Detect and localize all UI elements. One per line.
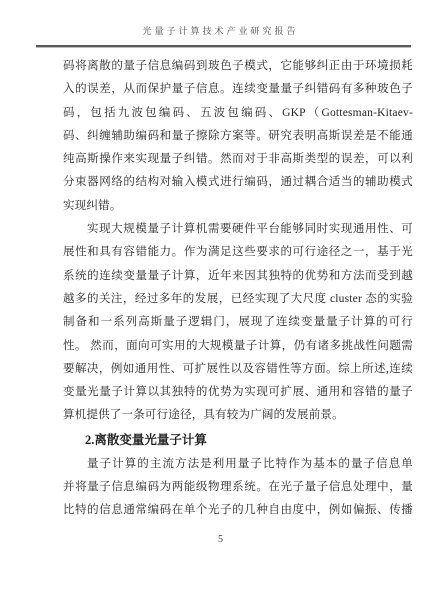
running-header-title: 光量子计算技术产业研究报告 — [0, 24, 441, 37]
text-line: 系统的连续变量量子计算，近年来因其独特的优势和方法而受到越来 — [63, 265, 413, 288]
text-line: 入的误差，从而保护量子信息。连续变量量子纠错码有多种玻色子 — [63, 78, 413, 101]
text-line-paragraph-start: 实现大规模量子计算机需要硬件平台能够同时实现通用性、可扩 — [63, 218, 413, 241]
text-line: 码、纠缠辅助编码和量子擦除方案等。研究表明高斯误差是不能通过 — [63, 125, 413, 148]
text-line-paragraph-start: 量子计算的主流方法是利用量子比特作为基本的量子信息单元， — [63, 453, 413, 476]
text-line: 并将量子信息编码为两能级物理系统。在光子量子信息处理中，量子 — [63, 476, 413, 499]
document-body: 码将离散的量子信息编码到玻色子模式，它能够纠正由于环境损耗引 入的误差，从而保护… — [63, 55, 413, 523]
text-line: 要解决，例如通用性、可扩展性以及容错性等方面。综上所述,连续 — [63, 358, 413, 381]
text-line-paragraph-end: 实现纠错。 — [63, 195, 413, 218]
document-page: 光量子计算技术产业研究报告 码将离散的量子信息编码到玻色子模式，它能够纠正由于环… — [0, 0, 441, 600]
section-heading: 2.离散变量光量子计算 — [63, 428, 413, 453]
text-line: 越多的关注，经过多年的发展，已经实现了大尺度 cluster 态的实验 — [63, 288, 413, 311]
text-line: 变量光量子计算以其独特的优势为实现可扩展、通用和容错的量子计 — [63, 381, 413, 404]
page-number: 5 — [0, 534, 441, 545]
text-line: 码将离散的量子信息编码到玻色子模式，它能够纠正由于环境损耗引 — [63, 55, 413, 78]
text-line: 性。 然而，面向可实用的大规模量子计算，仍有诸多挑战性问题需 — [63, 335, 413, 358]
text-line: 展性和具有容错能力。作为满足这些要求的可行途径之一，基于光学 — [63, 241, 413, 264]
text-line-paragraph-end: 算机提供了一条可行途径，具有较为广阔的发展前景。 — [63, 404, 413, 427]
text-line: 码，包括九波包编码、五波包编码、GKP（Gottesman-Kitaev-Pre… — [63, 102, 413, 125]
header-rule-divider — [36, 45, 411, 48]
text-line: 制备和一系列高斯量子逻辑门，展现了连续变量量子计算的可行 — [63, 311, 413, 334]
text-line: 纯高斯操作来实现量子纠错。然而对于非高斯类型的误差，可以利用 — [63, 148, 413, 171]
text-line: 分束器网络的结构对输入模式进行编码，通过耦合适当的辅助模式来 — [63, 171, 413, 194]
text-line: 比特的信息通常编码在单个光子的几种自由度中，例如偏振、传播方 — [63, 499, 413, 522]
